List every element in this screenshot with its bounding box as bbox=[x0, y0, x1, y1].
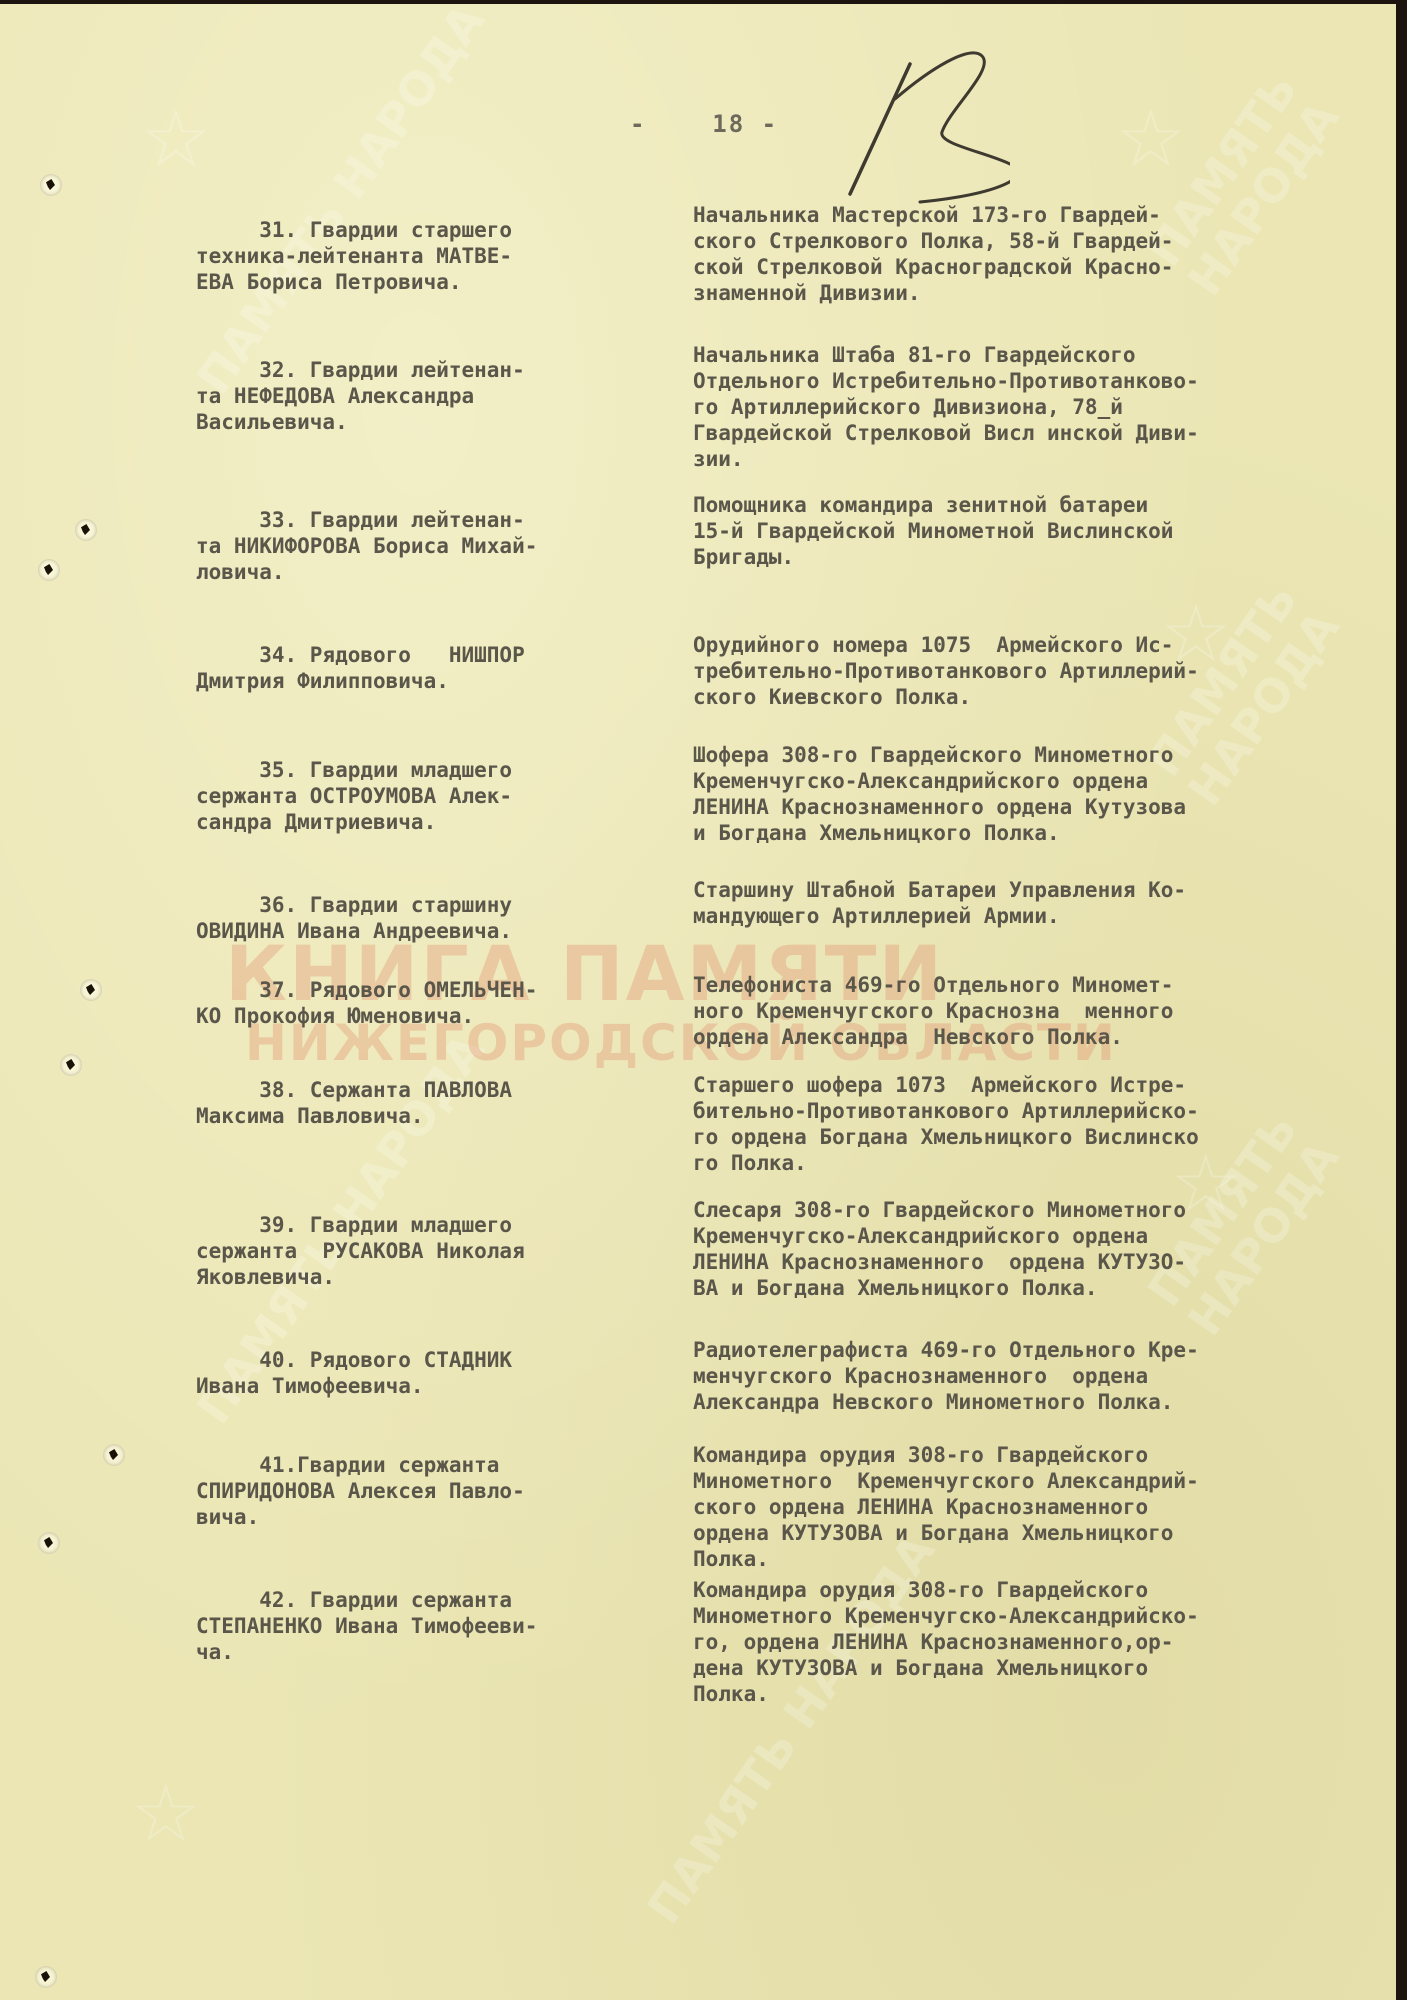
recipient-position-line: Помощника командира зенитной батареи bbox=[693, 492, 1393, 518]
star-watermark-icon: ☆ bbox=[130, 1774, 210, 1854]
recipient-position-line: ского Киевского Полка. bbox=[693, 684, 1393, 710]
recipient-position-line: Начальника Штаба 81-го Гвардейского bbox=[693, 342, 1393, 368]
recipient-name: 35. Гвардии младшегосержанта ОСТРОУМОВА … bbox=[196, 757, 676, 835]
punch-hole-icon bbox=[75, 519, 97, 541]
recipient-name-line: та НЕФЕДОВА Александра bbox=[196, 383, 676, 409]
recipient-name-line: Максима Павловича. bbox=[196, 1103, 676, 1129]
recipient-position: Командира орудия 308-го ГвардейскогоМино… bbox=[693, 1442, 1393, 1572]
recipient-position: Начальника Мастерской 173-го Гвардей-ско… bbox=[693, 202, 1393, 306]
recipient-name-line: ОВИДИНА Ивана Андреевича. bbox=[196, 918, 676, 944]
recipient-position-line: бительно-Противотанкового Артиллерийско- bbox=[693, 1098, 1393, 1124]
punch-hole-icon bbox=[60, 1054, 82, 1076]
recipient-name-line: 37. Рядового ОМЕЛЬЧЕН- bbox=[196, 977, 676, 1003]
recipient-position-line: Кременчугско-Александрийского ордена bbox=[693, 768, 1393, 794]
recipient-position: Радиотелеграфиста 469-го Отдельного Кре-… bbox=[693, 1337, 1393, 1415]
recipient-position-line: Минометного Кременчугского Александрий- bbox=[693, 1468, 1393, 1494]
punch-hole-icon bbox=[38, 1532, 60, 1554]
recipient-position-line: Телефониста 469-го Отдельного Миномет- bbox=[693, 972, 1393, 998]
handwritten-page-number-icon bbox=[810, 44, 1010, 204]
recipient-name: 40. Рядового СТАДНИКИвана Тимофеевича. bbox=[196, 1347, 676, 1399]
recipient-position-line: Гвардейской Стрелковой Висл инской Диви- bbox=[693, 420, 1393, 446]
recipient-name-line: 33. Гвардии лейтенан- bbox=[196, 507, 676, 533]
recipient-position: Орудийного номера 1075 Армейского Ис-тре… bbox=[693, 632, 1393, 710]
recipient-name: 38. Сержанта ПАВЛОВАМаксима Павловича. bbox=[196, 1077, 676, 1129]
recipient-position-line: го Артиллерийского Дивизиона, 78_й bbox=[693, 394, 1393, 420]
recipient-position-line: Александра Невского Минометного Полка. bbox=[693, 1389, 1393, 1415]
recipient-name: 42. Гвардии сержантаСТЕПАНЕНКО Ивана Тим… bbox=[196, 1587, 676, 1665]
recipient-position: Помощника командира зенитной батареи15-й… bbox=[693, 492, 1393, 570]
recipient-name-line: сержанта ОСТРОУМОВА Алек- bbox=[196, 783, 676, 809]
recipient-position-line: дена КУТУЗОВА и Богдана Хмельницкого bbox=[693, 1655, 1393, 1681]
recipient-name-line: 34. Рядового НИШПОР bbox=[196, 642, 676, 668]
punch-hole-icon bbox=[103, 1444, 125, 1466]
recipient-position: Телефониста 469-го Отдельного Миномет-но… bbox=[693, 972, 1393, 1050]
recipient-name-line: СПИРИДОНОВА Алексея Павло- bbox=[196, 1478, 676, 1504]
recipient-position-line: ордена КУТУЗОВА и Богдана Хмельницкого bbox=[693, 1520, 1393, 1546]
recipient-name-line: ловича. bbox=[196, 559, 676, 585]
recipient-name: 37. Рядового ОМЕЛЬЧЕН-КО Прокофия Юменов… bbox=[196, 977, 676, 1029]
recipient-name: 34. Рядового НИШПОРДмитрия Филипповича. bbox=[196, 642, 676, 694]
recipient-name: 31. Гвардии старшеготехника-лейтенанта М… bbox=[196, 217, 676, 295]
recipient-position-line: Минометного Кременчугско-Александрийско- bbox=[693, 1603, 1393, 1629]
recipient-name-line: 31. Гвардии старшего bbox=[196, 217, 676, 243]
star-watermark-icon: ☆ bbox=[140, 99, 220, 179]
recipient-name-line: техника-лейтенанта МАТВЕ- bbox=[196, 243, 676, 269]
recipient-position-line: Кременчугско-Александрийского ордена bbox=[693, 1223, 1393, 1249]
recipient-position-line: го Полка. bbox=[693, 1150, 1393, 1176]
recipient-position-line: Бригады. bbox=[693, 544, 1393, 570]
recipient-position-line: ской Стрелковой Красноградской Красно- bbox=[693, 254, 1393, 280]
punch-hole-icon bbox=[40, 174, 62, 196]
recipient-position-line: ордена Александра Невского Полка. bbox=[693, 1024, 1393, 1050]
recipient-position-line: Старшину Штабной Батареи Управления Ко- bbox=[693, 877, 1393, 903]
recipient-position-line: знаменной Дивизии. bbox=[693, 280, 1393, 306]
recipient-name-line: вича. bbox=[196, 1504, 676, 1530]
recipient-name-line: СТЕПАНЕНКО Ивана Тимофееви- bbox=[196, 1613, 676, 1639]
recipient-position-line: зии. bbox=[693, 446, 1393, 472]
recipient-name-line: Яковлевича. bbox=[196, 1264, 676, 1290]
recipient-name-line: 32. Гвардии лейтенан- bbox=[196, 357, 676, 383]
recipient-position-line: го ордена Богдана Хмельницкого Вислинско bbox=[693, 1124, 1393, 1150]
recipient-position-line: Командира орудия 308-го Гвардейского bbox=[693, 1577, 1393, 1603]
recipient-name: 41.Гвардии сержантаСПИРИДОНОВА Алексея П… bbox=[196, 1452, 676, 1530]
recipient-position: Старшину Штабной Батареи Управления Ко-м… bbox=[693, 877, 1393, 929]
recipient-name-line: 41.Гвардии сержанта bbox=[196, 1452, 676, 1478]
recipient-name: 39. Гвардии младшегосержанта РУСАКОВА Ни… bbox=[196, 1212, 676, 1290]
recipient-position-line: Командира орудия 308-го Гвардейского bbox=[693, 1442, 1393, 1468]
recipient-name-line: сержанта РУСАКОВА Николая bbox=[196, 1238, 676, 1264]
punch-hole-icon bbox=[80, 979, 102, 1001]
recipient-name: 36. Гвардии старшинуОВИДИНА Ивана Андрее… bbox=[196, 892, 676, 944]
recipient-position-line: ЛЕНИНА Краснознаменного ордена Кутузова bbox=[693, 794, 1393, 820]
recipient-position-line: Отдельного Истребительно-Противотанково- bbox=[693, 368, 1393, 394]
recipient-position: Слесаря 308-го Гвардейского МинометногоК… bbox=[693, 1197, 1393, 1301]
recipient-position-line: ного Кременчугского Краснозна менного bbox=[693, 998, 1393, 1024]
recipient-position-line: ского ордена ЛЕНИНА Краснознаменного bbox=[693, 1494, 1393, 1520]
faint-watermark: ПАМЯТЬ НАРОДА bbox=[188, 4, 494, 402]
recipient-position-line: и Богдана Хмельницкого Полка. bbox=[693, 820, 1393, 846]
recipient-position-line: Орудийного номера 1075 Армейского Ис- bbox=[693, 632, 1393, 658]
recipient-position-line: мандующего Артиллерией Армии. bbox=[693, 903, 1393, 929]
recipient-name-line: Дмитрия Филипповича. bbox=[196, 668, 676, 694]
recipient-name-line: 36. Гвардии старшину bbox=[196, 892, 676, 918]
recipient-name-line: 35. Гвардии младшего bbox=[196, 757, 676, 783]
recipient-position: Командира орудия 308-го ГвардейскогоМино… bbox=[693, 1577, 1393, 1707]
recipient-name-line: 39. Гвардии младшего bbox=[196, 1212, 676, 1238]
star-watermark-icon: ☆ bbox=[1115, 99, 1195, 179]
punch-hole-icon bbox=[35, 1966, 57, 1988]
document-page: ☆ ☆ ☆ ☆ ☆ ПАМЯТЬ НАРОДА ПАМЯТЬ НАРОДА ПА… bbox=[0, 4, 1396, 2000]
recipient-name-line: 38. Сержанта ПАВЛОВА bbox=[196, 1077, 676, 1103]
recipient-name: 33. Гвардии лейтенан-та НИКИФОРОВА Борис… bbox=[196, 507, 676, 585]
recipient-name-line: ЕВА Бориса Петровича. bbox=[196, 269, 676, 295]
recipient-name-line: ча. bbox=[196, 1639, 676, 1665]
recipient-position-line: го, ордена ЛЕНИНА Краснознаменного,ор- bbox=[693, 1629, 1393, 1655]
recipient-position-line: Старшего шофера 1073 Армейского Истре- bbox=[693, 1072, 1393, 1098]
recipient-position-line: 15-й Гвардейской Минометной Вислинской bbox=[693, 518, 1393, 544]
recipient-position: Старшего шофера 1073 Армейского Истре-би… bbox=[693, 1072, 1393, 1176]
recipient-name-line: Ивана Тимофеевича. bbox=[196, 1373, 676, 1399]
recipient-position-line: ВА и Богдана Хмельницкого Полка. bbox=[693, 1275, 1393, 1301]
recipient-position-line: Слесаря 308-го Гвардейского Минометного bbox=[693, 1197, 1393, 1223]
recipient-position-line: менчугского Краснознаменного ордена bbox=[693, 1363, 1393, 1389]
recipient-position-line: Полка. bbox=[693, 1681, 1393, 1707]
recipient-name-line: Васильевича. bbox=[196, 409, 676, 435]
page-number: - 18 - bbox=[630, 110, 778, 138]
recipient-position-line: Радиотелеграфиста 469-го Отдельного Кре- bbox=[693, 1337, 1393, 1363]
recipient-name: 32. Гвардии лейтенан-та НЕФЕДОВА Алексан… bbox=[196, 357, 676, 435]
recipient-position-line: Шофера 308-го Гвардейского Минометного bbox=[693, 742, 1393, 768]
recipient-position-line: ЛЕНИНА Краснознаменного ордена КУТУЗО- bbox=[693, 1249, 1393, 1275]
punch-hole-icon bbox=[38, 559, 60, 581]
recipient-name-line: 40. Рядового СТАДНИК bbox=[196, 1347, 676, 1373]
recipient-position-line: ского Стрелкового Полка, 58-й Гвардей- bbox=[693, 228, 1393, 254]
recipient-position: Начальника Штаба 81-го ГвардейскогоОтдел… bbox=[693, 342, 1393, 472]
recipient-name-line: 42. Гвардии сержанта bbox=[196, 1587, 676, 1613]
recipient-position: Шофера 308-го Гвардейского МинометногоКр… bbox=[693, 742, 1393, 846]
recipient-name-line: та НИКИФОРОВА Бориса Михай- bbox=[196, 533, 676, 559]
recipient-position-line: Начальника Мастерской 173-го Гвардей- bbox=[693, 202, 1393, 228]
recipient-name-line: КО Прокофия Юменовича. bbox=[196, 1003, 676, 1029]
recipient-name-line: сандра Дмитриевича. bbox=[196, 809, 676, 835]
recipient-position-line: Полка. bbox=[693, 1546, 1393, 1572]
recipient-position-line: требительно-Противотанкового Артиллерий- bbox=[693, 658, 1393, 684]
